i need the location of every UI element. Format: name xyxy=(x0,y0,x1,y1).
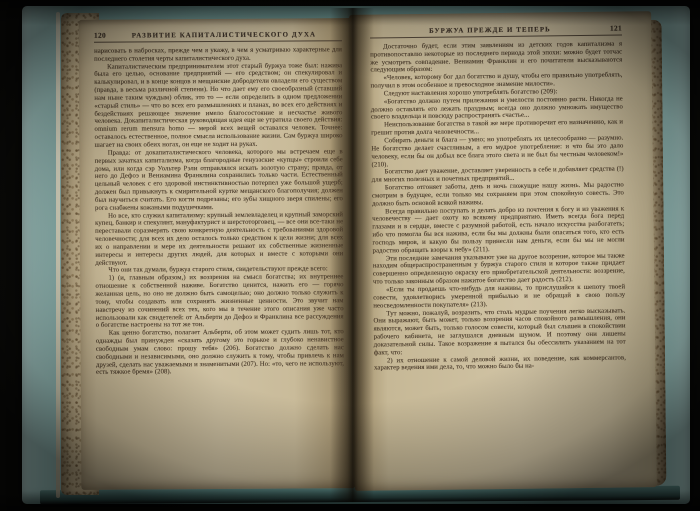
paragraph: «Богатство должно путем прилежания и уме… xyxy=(371,95,623,122)
paragraph: Богатство отгоняет заботы, день и ночь г… xyxy=(372,181,624,208)
paragraph: Эти последние замечания указывают уже на… xyxy=(373,252,625,286)
left-running-title: РАЗВИТИЕ КАПИТАЛИСТИЧЕСКОГО ДУХА xyxy=(106,31,342,40)
paragraph: Собирать деньги и блага — умно; но употр… xyxy=(371,134,623,168)
paragraph: Как ценно богатство, полагает Альберти, … xyxy=(96,328,344,377)
paragraph: Достаточно будет, если этим заявлениям и… xyxy=(370,40,622,74)
book-photo: 120 РАЗВИТИЕ КАПИТАЛИСТИЧЕСКОГО ДУХА нар… xyxy=(0,0,700,511)
paragraph: Правда: от докапиталистического человека… xyxy=(95,148,343,212)
paragraph: Но все, кто служил капитализму: крупный … xyxy=(95,211,343,267)
left-header-rule xyxy=(94,40,342,43)
paragraph: Капиталистическим предпринимателем этот … xyxy=(94,62,343,150)
right-page-number: 121 xyxy=(610,24,622,32)
left-page-body: нарисовать в набросках, прежде чем я ука… xyxy=(94,46,344,377)
paragraph: Тут можно, пожалуй, возразить, что столь… xyxy=(373,307,626,357)
paragraph: 2) их отношение к самой деловой жизни, и… xyxy=(374,354,626,373)
left-page-text: 120 РАЗВИТИЕ КАПИТАЛИСТИЧЕСКОГО ДУХА нар… xyxy=(94,30,344,377)
right-page-body: Достаточно будет, если этим заявлениям и… xyxy=(370,40,626,372)
paragraph: нарисовать в набросках, прежде чем я ука… xyxy=(94,46,342,63)
left-page-header: 120 РАЗВИТИЕ КАПИТАЛИСТИЧЕСКОГО ДУХА xyxy=(94,30,342,40)
left-page-number: 120 xyxy=(94,32,106,40)
paragraph: «Если ты продаешь что-нибудь для наживы,… xyxy=(373,283,625,310)
paragraph: 1) (и, главным образом,) их воззрения на… xyxy=(95,274,343,330)
paragraph: Всегда правильно поступать и делать добр… xyxy=(372,205,625,255)
right-page-text: БУРЖУА ПРЕЖДЕ И ТЕПЕРЬ 121 Достаточно бу… xyxy=(370,24,626,372)
endpaper-edge xyxy=(56,12,60,498)
